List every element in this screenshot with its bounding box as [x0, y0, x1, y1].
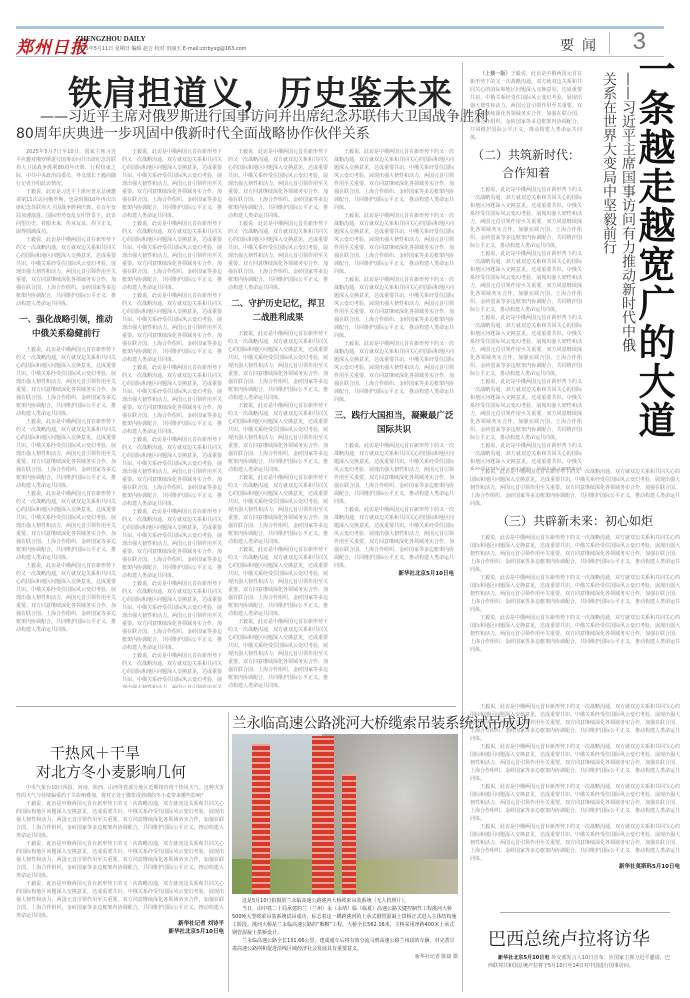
paragraph: 王毅说，此访是习近平主席应普京总统邀请第11次访问俄罗斯，也是时隔10年再次出席…: [16, 188, 116, 236]
paragraph: 王毅说，此访是中俄两国元首在新形势下的又一次战略沟通，双方就双边关系和共同关心的…: [470, 574, 680, 614]
article-column: 王毅说，此访是中俄两国元首在新形势下的又一次战略沟通，双方就双边关系和共同关心的…: [228, 148, 328, 688]
paragraph: 王毅说，此访是中俄两国元首在新形势下的又一次战略沟通，双方就双边关系和共同关心的…: [470, 468, 680, 508]
photo-tower: [252, 744, 270, 894]
paragraph: 王毅说，此访是中俄两国元首在新形势下的又一次战略沟通，双方就双边关系和共同关心的…: [470, 823, 680, 863]
paragraph: 王毅说，此访是中俄两国元首在新形势下的又一次战略沟通，双方就双边关系和共同关心的…: [16, 800, 224, 840]
paragraph: 王毅说，此访是中俄两国元首在新形势下的又一次战略沟通，双方就双边关系和共同关心的…: [122, 436, 222, 508]
paragraph: 王毅说，此访是中俄两国元首在新形势下的又一次战略沟通，双方就双边关系和共同关心的…: [16, 418, 116, 490]
paragraph: 王毅说，此访是中俄两国元首在新形势下的又一次战略沟通，双方就双边关系和共同关心的…: [122, 292, 222, 364]
paper-english-name: ZHENGZHOU DAILY: [76, 35, 146, 43]
column-divider: [462, 62, 463, 992]
side-story-subtitle: ——习近平主席国事访问有力推动新时代中俄: [622, 72, 638, 352]
lead-subhead: 80周年庆典进一步巩固中俄新时代全面战略协作伙伴关系: [16, 123, 370, 143]
paragraph: 王毅说，此访是中俄两国元首在新形势下的又一次战略沟通，双方就双边关系和共同关心的…: [228, 546, 328, 618]
article-column: 中央气象台10日预报，河南、陕西、山西等省部分地区近期将出现干热风天气。这种灾害…: [16, 784, 224, 984]
paragraph: 王毅说，此访是中俄两国元首在新形势下的又一次战略沟通，双方就双边关系和共同关心的…: [470, 250, 582, 314]
paragraph: （上接一版）王毅说，此访是中俄两国元首在新形势下的又一次战略沟通，双方就双边关系…: [470, 70, 582, 142]
paragraph: 王毅说，此访是中俄两国元首在新形势下的又一次战略沟通，双方就双边关系和共同关心的…: [470, 534, 680, 574]
caption-paragraph: 当日，由中铁二十局承建的兰（兰州）永（永靖）临（临夏）高速公路关键控制性工程洮河…: [232, 905, 458, 937]
paragraph: 王毅说，此访是中俄两国元首在新形势下的又一次战略沟通，双方就双边关系和共同关心的…: [470, 186, 582, 250]
paragraph: 王毅说，此访是中俄两国元首在新形势下的又一次战略沟通，双方就双边关系和共同关心的…: [122, 148, 222, 220]
article-column: 新华社北京5月10日电 外交部发言人10日宣布：应国家主席习近平邀请，巴西联邦共…: [488, 954, 670, 984]
paragraph: 王毅说，此访是中俄两国元首在新形势下的又一次战略沟通，双方就双边关系和共同关心的…: [334, 340, 454, 404]
paragraph: 王毅说，此访是中俄两国元首在新形势下的又一次战略沟通，双方就双边关系和共同关心的…: [470, 314, 582, 378]
dateline: 新华社北京5月10日电: [498, 955, 550, 961]
article-column: （上接一版）王毅说，此访是中俄两国元首在新形势下的又一次战略沟通，双方就双边关系…: [470, 70, 582, 470]
masthead: 郑州日报 ZHENGZHOU DAILY 2025年5月11日 星期日 编辑 赵…: [16, 32, 664, 54]
side-story-headline: 一条越走越宽广的大道: [640, 50, 680, 440]
paragraph: 王毅说，此访是中俄两国元首在新形势下的又一次战略沟通，双方就双边关系和共同关心的…: [470, 783, 680, 823]
dateline: 新华社莫斯科5月10日电: [470, 863, 680, 871]
paragraph: 王毅说，此访是中俄两国元首在新形势下的又一次战略沟通，双方就双边关系和共同关心的…: [228, 220, 328, 292]
paragraph: 王毅说，此访是中俄两国元首在新形势下的又一次战略沟通，双方就双边关系和共同关心的…: [470, 442, 582, 470]
section-label: 要闻: [560, 35, 604, 55]
paragraph: 王毅说，此访是中俄两国元首在新形势下的又一次战略沟通，双方就双边关系和共同关心的…: [16, 880, 224, 920]
wheat-story-headline: 干热风＋干旱: [50, 742, 140, 763]
paragraph: 王毅说，此访是中俄两国元首在新形势下的又一次战略沟通，双方就双边关系和共同关心的…: [122, 220, 222, 292]
paragraph: 王毅说，此访是中俄两国元首在新形势下的又一次战略沟通，双方就双边关系和共同关心的…: [228, 148, 328, 220]
section-heading: 一、强化战略引领，推动中俄关系稳健前行: [16, 313, 116, 341]
paragraph: 2025年5月7日至10日，国家主席习近平应邀对俄罗斯进行国事访问并出席纪念苏联…: [16, 148, 116, 188]
section-heading: （二）共筑新时代：合作知着: [470, 146, 582, 182]
photo-caption: 这是5月10日拍摄的兰永临高速公路洮河大桥缆索吊装系统（无人机照片）。 当日，由…: [232, 897, 458, 961]
caption-paragraph: 这是5月10日拍摄的兰永临高速公路洮河大桥缆索吊装系统（无人机照片）。: [232, 897, 458, 905]
paragraph: 新华社北京5月10日电 外交部发言人10日宣布：应国家主席习近平邀请，巴西联邦共…: [488, 954, 670, 970]
paragraph: 王毅说，此访是中俄两国元首在新形势下的又一次战略沟通，双方就双边关系和共同关心的…: [228, 330, 328, 402]
section-heading: 三、践行大国担当，凝聚最广泛国际共识: [334, 409, 454, 437]
paragraph: 王毅说，此访是中俄两国元首在新形势下的又一次战略沟通，双方就双边关系和共同关心的…: [16, 562, 116, 634]
bridge-photo: [232, 734, 458, 894]
article-column: 2025年5月7日至10日，国家主席习近平应邀对俄罗斯进行国事访问并出席纪念苏联…: [16, 148, 116, 688]
divider: [16, 56, 664, 57]
paragraph: 王毅说，此访是中俄两国元首在新形势下的又一次战略沟通，双方就双边关系和共同关心的…: [122, 580, 222, 652]
paragraph: 王毅说，此访是中俄两国元首在新形势下的又一次战略沟通，双方就双边关系和共同关心的…: [334, 148, 454, 212]
paragraph: 王毅说，此访是中俄两国元首在新形势下的又一次战略沟通，双方就双边关系和共同关心的…: [470, 378, 582, 442]
byline: 新华社记者 刘诗平: [16, 920, 224, 928]
paragraph: 王毅说，此访是中俄两国元首在新形势下的又一次战略沟通，双方就双边关系和共同关心的…: [122, 652, 222, 688]
article-column: 王毅说，此访是中俄两国元首在新形势下的又一次战略沟通，双方就双边关系和共同关心的…: [122, 148, 222, 688]
section-divider: [16, 706, 456, 707]
paragraph: 王毅说，此访是中俄两国元首在新形势下的又一次战略沟通，双方就双边关系和共同关心的…: [334, 212, 454, 276]
section-heading: 二、守护历史记忆，捍卫二战胜利成果: [228, 297, 328, 325]
paragraph: 王毅说，此访是中俄两国元首在新形势下的又一次战略沟通，双方就双边关系和共同关心的…: [228, 402, 328, 474]
paragraph: 王毅说，此访是中俄两国元首在新形势下的又一次战略沟通，双方就双边关系和共同关心的…: [16, 346, 116, 418]
paragraph: 王毅说，此访是中俄两国元首在新形势下的又一次战略沟通，双方就双边关系和共同关心的…: [122, 364, 222, 436]
article-column: 王毅说，此访是中俄两国元首在新形势下的又一次战略沟通，双方就双边关系和共同关心的…: [334, 148, 454, 688]
dateline: 新华社北京5月10日电: [16, 928, 224, 936]
issue-meta: 2025年5月11日 星期日 编辑 赵吉 校对 田丽玉 E-mail:zzrby…: [76, 45, 247, 52]
paragraph: 王毅说，此访是中俄两国元首在新形势下的又一次战略沟通，双方就双边关系和共同关心的…: [16, 236, 116, 308]
photo-tower: [312, 736, 334, 894]
paragraph-text: 王毅说，此访是中俄两国元首在新形势下的又一次战略沟通，双方就双边关系和共同关心的…: [470, 71, 582, 141]
paragraph: 王毅说，此访是中俄两国元首在新形势下的又一次战略沟通，双方就双边关系和共同关心的…: [228, 618, 328, 688]
paragraph: 王毅说，此访是中俄两国元首在新形势下的又一次战略沟通，双方就双边关系和共同关心的…: [16, 490, 116, 562]
brazil-story-headline: 巴西总统卢拉将访华: [488, 925, 650, 951]
wheat-story-headline: 对北方冬小麦影响几何: [36, 761, 186, 782]
paragraph: 王毅说，此访是中俄两国元首在新形势下的又一次战略沟通，双方就双边关系和共同关心的…: [228, 474, 328, 546]
paragraph: 王毅说，此访是中俄两国元首在新形势下的又一次战略沟通，双方就双边关系和共同关心的…: [334, 442, 454, 506]
paragraph: 王毅说，此访是中俄两国元首在新形势下的又一次战略沟通，双方就双边关系和共同关心的…: [470, 614, 680, 654]
masthead-rule: [16, 26, 664, 29]
dateline: 新华社北京5月10日电: [334, 570, 454, 578]
article-column: 王毅说，此访是中俄两国元首在新形势下的又一次战略沟通，双方就双边关系和共同关心的…: [470, 703, 680, 913]
photo-tower: [342, 774, 356, 894]
paragraph: 王毅说，此访是中俄两国元首在新形势下的又一次战略沟通，双方就双边关系和共同关心的…: [470, 743, 680, 783]
continued-label: （上接一版）: [480, 71, 511, 77]
divider: [609, 32, 610, 54]
paragraph: 王毅说，此访是中俄两国元首在新形势下的又一次战略沟通，双方就双边关系和共同关心的…: [122, 508, 222, 580]
article-column: 王毅说，此访是中俄两国元首在新形势下的又一次战略沟通，双方就双边关系和共同关心的…: [470, 468, 680, 703]
side-story-subtitle: 关系在世界大变局中坚毅前行: [603, 72, 619, 254]
caption-paragraph: 兰永临高速公路全长131.66公里，建成通车后将有效分流马鸦高速公路兰州段的车辆…: [232, 937, 458, 953]
paragraph: 中央气象台10日预报，河南、陕西、山西等省部分地区近期将出现干热风天气。这种灾害…: [16, 784, 224, 800]
paragraph: 王毅说，此访是中俄两国元首在新形势下的又一次战略沟通，双方就双边关系和共同关心的…: [334, 506, 454, 570]
paragraph: 王毅说，此访是中俄两国元首在新形势下的又一次战略沟通，双方就双边关系和共同关心的…: [16, 840, 224, 880]
paragraph: 王毅说，此访是中俄两国元首在新形势下的又一次战略沟通，双方就双边关系和共同关心的…: [334, 276, 454, 340]
section-heading: （三）共辟新未来：初心如炬: [470, 512, 680, 530]
section-divider: [500, 912, 670, 913]
photo-credit: 新华社记者 陈斌 摄: [232, 953, 458, 961]
bridge-story-headline: 兰永临高速公路洮河大桥缆索吊装系统试吊成功: [232, 712, 530, 733]
column-divider: [228, 712, 229, 992]
